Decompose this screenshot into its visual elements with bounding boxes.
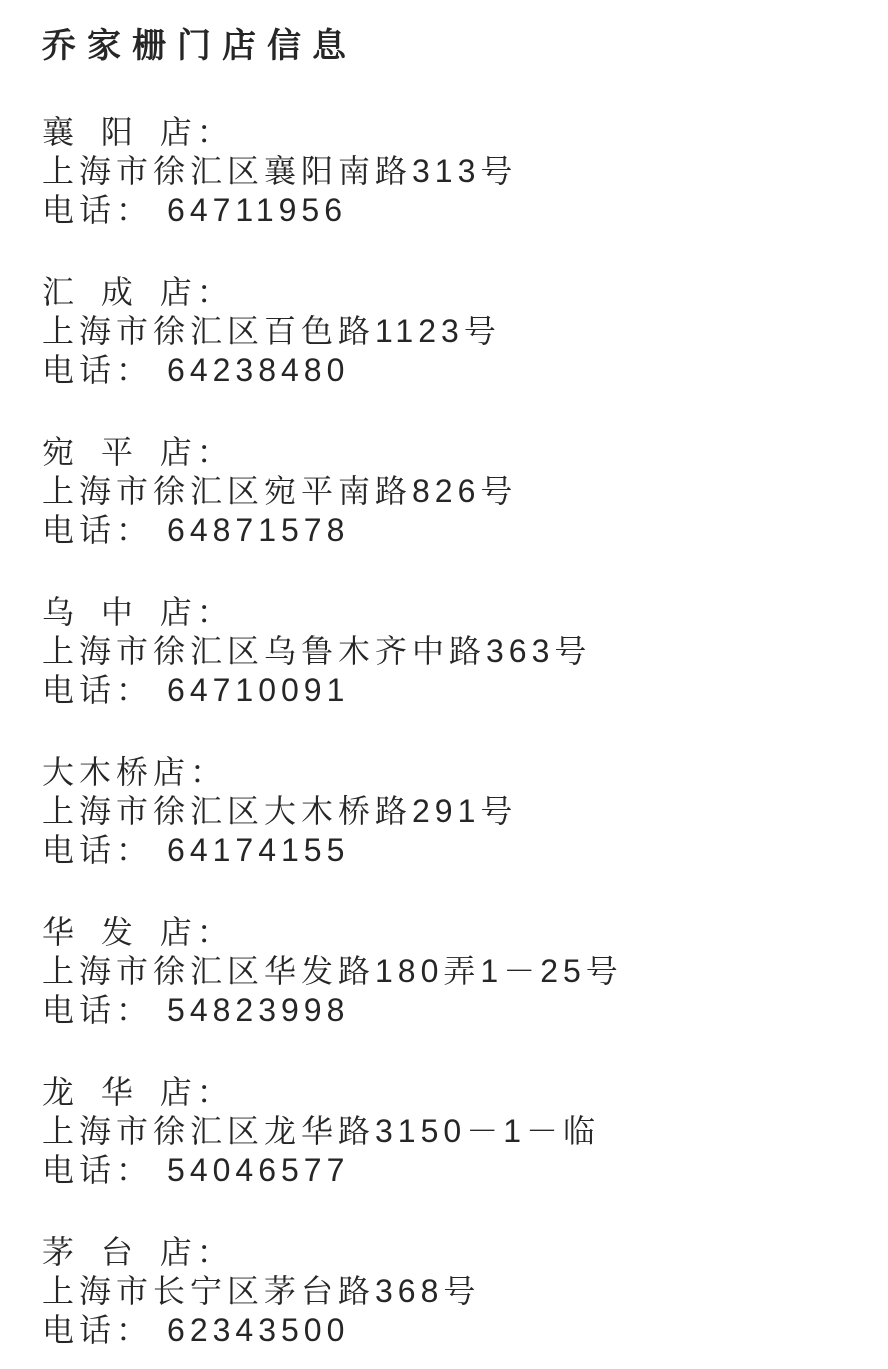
store-phone-line: 电话：62343500 (42, 1311, 858, 1350)
phone-label: 电话： (42, 352, 153, 388)
store-info-document: 乔家栅门店信息 襄 阳 店： 上海市徐汇区襄阳南路313号 电话：6471195… (0, 0, 888, 1369)
phone-label: 电话： (42, 192, 153, 228)
store-address: 上海市徐汇区乌鲁木齐中路363号 (42, 632, 858, 671)
store-name: 襄 阳 店： (42, 113, 858, 152)
store-address: 上海市徐汇区襄阳南路313号 (42, 152, 858, 191)
store-block-maotai: 茅 台 店： 上海市长宁区茅台路368号 电话：62343500 (42, 1233, 858, 1350)
store-block-huicheng: 汇 成 店： 上海市徐汇区百色路1123号 电话：64238480 (42, 273, 858, 390)
store-block-huafa: 华 发 店： 上海市徐汇区华发路180弄1－25号 电话：54823998 (42, 913, 858, 1030)
phone-label: 电话： (42, 1152, 153, 1188)
store-address: 上海市徐汇区大木桥路291号 (42, 792, 858, 831)
store-phone-line: 电话：64238480 (42, 351, 858, 390)
store-address: 上海市长宁区茅台路368号 (42, 1272, 858, 1311)
store-address: 上海市徐汇区龙华路3150－1－临 (42, 1112, 858, 1151)
phone-label: 电话： (42, 992, 153, 1028)
store-block-xiangyang: 襄 阳 店： 上海市徐汇区襄阳南路313号 电话：64711956 (42, 113, 858, 230)
store-address: 上海市徐汇区华发路180弄1－25号 (42, 952, 858, 991)
store-phone-line: 电话：64871578 (42, 511, 858, 550)
phone-label: 电话： (42, 672, 153, 708)
phone-number: 64871578 (167, 512, 349, 548)
phone-label: 电话： (42, 832, 153, 868)
store-name: 宛 平 店： (42, 433, 858, 472)
store-block-wuzhong: 乌 中 店： 上海市徐汇区乌鲁木齐中路363号 电话：64710091 (42, 593, 858, 710)
store-address: 上海市徐汇区宛平南路826号 (42, 472, 858, 511)
store-phone-line: 电话：64711956 (42, 191, 858, 230)
store-phone-line: 电话：64174155 (42, 831, 858, 870)
store-block-damuqiao: 大木桥店： 上海市徐汇区大木桥路291号 电话：64174155 (42, 753, 858, 870)
store-name: 乌 中 店： (42, 593, 858, 632)
store-block-wanping: 宛 平 店： 上海市徐汇区宛平南路826号 电话：64871578 (42, 433, 858, 550)
store-address: 上海市徐汇区百色路1123号 (42, 312, 858, 351)
store-block-longhua: 龙 华 店： 上海市徐汇区龙华路3150－1－临 电话：54046577 (42, 1073, 858, 1190)
page-title: 乔家栅门店信息 (42, 28, 858, 64)
store-phone-line: 电话：54046577 (42, 1151, 858, 1190)
phone-label: 电话： (42, 1312, 153, 1348)
phone-number: 54046577 (167, 1152, 349, 1188)
store-phone-line: 电话：64710091 (42, 671, 858, 710)
phone-number: 64238480 (167, 352, 349, 388)
phone-number: 62343500 (167, 1312, 349, 1348)
store-name: 大木桥店： (42, 753, 858, 792)
store-name: 茅 台 店： (42, 1233, 858, 1272)
store-phone-line: 电话：54823998 (42, 991, 858, 1030)
phone-number: 54823998 (167, 992, 349, 1028)
store-name: 汇 成 店： (42, 273, 858, 312)
phone-number: 64711956 (167, 192, 347, 228)
phone-number: 64174155 (167, 832, 349, 868)
store-name: 华 发 店： (42, 913, 858, 952)
phone-number: 64710091 (167, 672, 349, 708)
store-name: 龙 华 店： (42, 1073, 858, 1112)
phone-label: 电话： (42, 512, 153, 548)
